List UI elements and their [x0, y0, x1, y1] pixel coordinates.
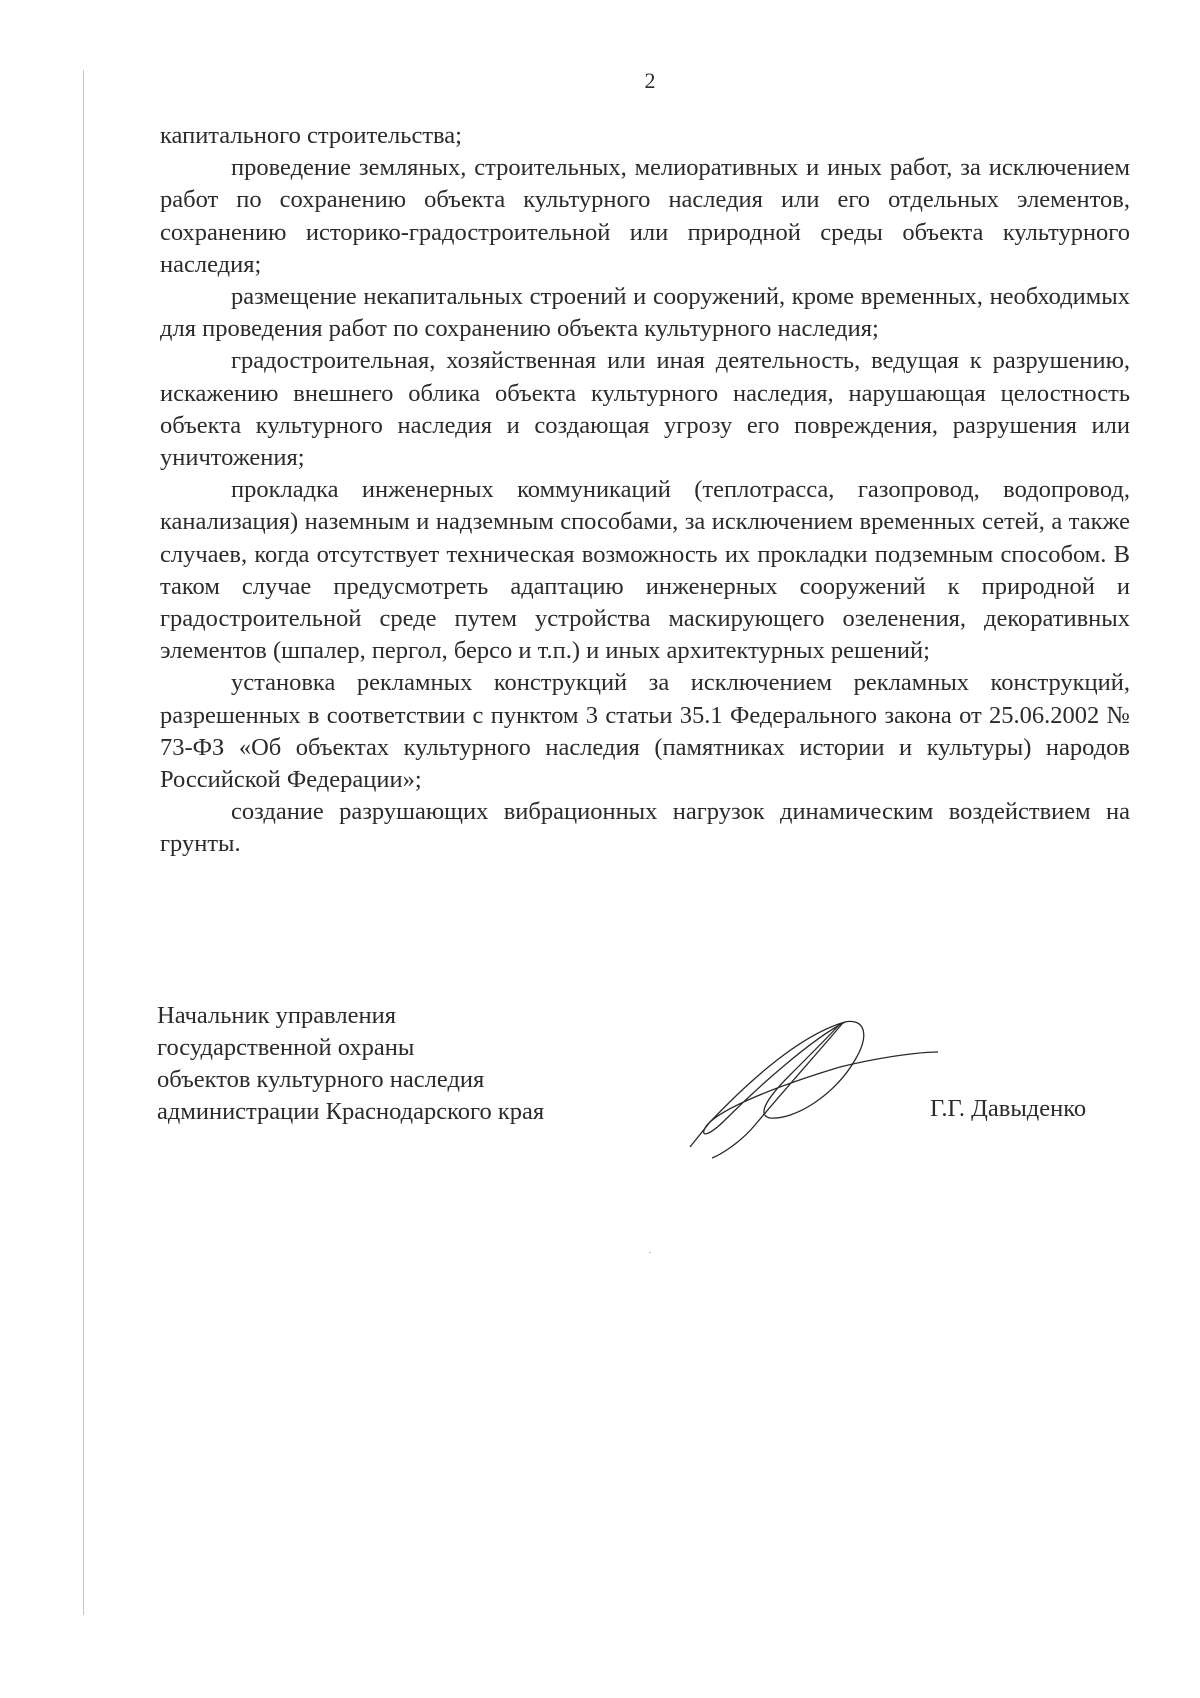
position-line: государственной охраны — [157, 1032, 544, 1064]
signatory-position: Начальник управления государственной охр… — [157, 1000, 544, 1128]
position-line: Начальник управления — [157, 1000, 544, 1032]
page-number: 2 — [0, 68, 1200, 94]
paragraph-utilities: прокладка инженерных коммуникаций (тепло… — [160, 474, 1130, 667]
paragraph-advertising: установка рекламных конструкций за исклю… — [160, 667, 1130, 796]
paragraph-harmful-activity: градостроительная, хозяйственная или ина… — [160, 345, 1130, 474]
handwritten-signature-icon — [670, 1010, 970, 1160]
document-body: капитального строительства; проведение з… — [160, 120, 1130, 861]
signatory-name: Г.Г. Давыденко — [930, 1095, 1086, 1123]
paragraph-continuation: капитального строительства; — [160, 120, 1130, 152]
position-line: объектов культурного наследия — [157, 1064, 544, 1096]
scan-speck — [649, 1252, 651, 1253]
paragraph-vibration: создание разрушающих вибрационных нагруз… — [160, 796, 1130, 860]
paragraph-temporary-structures: размещение некапитальных строений и соор… — [160, 281, 1130, 345]
position-line: администрации Краснодарского края — [157, 1096, 544, 1128]
scan-margin-line — [83, 70, 84, 1615]
paragraph-earthworks: проведение земляных, строительных, мелио… — [160, 152, 1130, 281]
